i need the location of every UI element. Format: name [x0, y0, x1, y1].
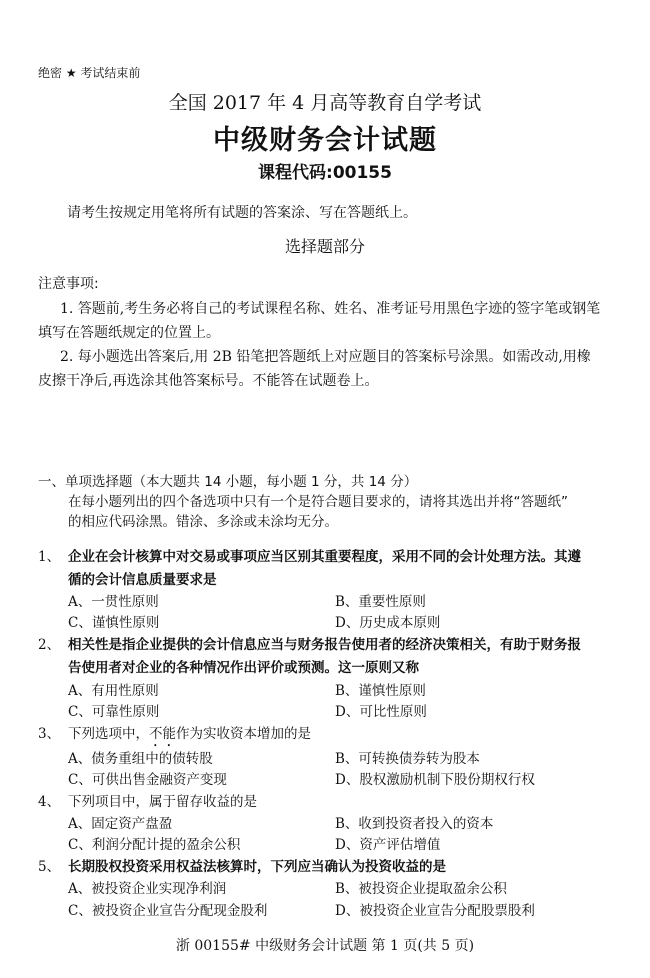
notes-heading: 注意事项:	[38, 273, 99, 293]
question-text: 下列项目中，属于留存收益的是	[68, 790, 257, 810]
option-c: C、可供出售金融资产变现	[68, 768, 227, 788]
page-footer: 浙 00155# 中级财务会计试题 第 1 页(共 5 页)	[0, 935, 650, 955]
option-b: B、可转换债券转为股本	[335, 747, 480, 767]
section-title: 一、单项选择题（本大题共 14 小题，每小题 1 分，共 14 分）	[38, 470, 417, 490]
note-line: 2. 每小题选出答案后,用 2B 铅笔把答题纸上对应题目的答案标号涂黑。如需改动…	[60, 346, 591, 366]
question-number: 4、	[38, 790, 60, 810]
option-c: C、谨慎性原则	[68, 611, 159, 631]
question-text: 相关性是指企业提供的会计信息应当与财务报告使用者的经济决策相关，有助于财务报	[68, 633, 581, 653]
section-desc: 的相应代码涂黑。错涂、多涂或未涂均无分。	[68, 510, 338, 530]
question-text: 长期股权投资采用权益法核算时，下列应当确认为投资收益的是	[68, 855, 446, 875]
option-d: D、被投资企业宣告分配股票股利	[335, 899, 535, 919]
note-line: 填写在答题纸规定的位置上。	[38, 322, 220, 342]
emphasis-text: 不能	[149, 726, 176, 742]
option-c: C、被投资企业宣告分配现金股利	[68, 899, 267, 919]
option-a: A、有用性原则	[68, 679, 159, 699]
option-c: C、可靠性原则	[68, 700, 159, 720]
question-text: 循的会计信息质量要求是	[68, 568, 217, 588]
question-number: 3、	[38, 722, 60, 742]
option-d: D、资产评估增值	[335, 833, 440, 853]
note-line: 皮擦干净后,再选涂其他答案标号。不能答在试题卷上。	[38, 370, 378, 390]
section-desc: 在每小题列出的四个备选项中只有一个是符合题目要求的，请将其选出并将“答题纸”	[68, 490, 568, 510]
instruction: 请考生按规定用笔将所有试题的答案涂、写在答题纸上。	[67, 202, 417, 222]
part-title: 选择题部分	[0, 234, 650, 257]
question-number: 5、	[38, 855, 60, 875]
option-a: A、债务重组中的债转股	[68, 747, 213, 767]
option-a: A、固定资产盘盈	[68, 812, 172, 832]
course-code: 课程代码:00155	[0, 158, 650, 183]
option-a: A、一贯性原则	[68, 590, 159, 610]
question-text: 企业在会计核算中对交易或事项应当区别其重要程度，采用不同的会计处理方法。其遵	[68, 545, 581, 565]
option-b: B、收到投资者投入的资本	[335, 812, 493, 832]
exam-line: 全国 2017 年 4 月高等教育自学考试	[0, 88, 650, 115]
option-b: B、重要性原则	[335, 590, 426, 610]
option-c: C、利润分配计提的盈余公积	[68, 833, 240, 853]
question-text: 告使用者对企业的各种情况作出评价或预测。这一原则又称	[68, 656, 419, 676]
option-d: D、可比性原则	[335, 700, 427, 720]
question-text-post: 作为实收资本增加的是	[176, 726, 311, 742]
option-b: B、被投资企业提取盈余公积	[335, 877, 507, 897]
note-line: 1. 答题前,考生务必将自己的考试课程名称、姓名、准考证号用黑色字迹的签字笔或钢…	[60, 298, 600, 318]
question-text-pre: 下列选项中，	[68, 726, 149, 742]
option-d: D、股权激励机制下股份期权行权	[335, 768, 535, 788]
secret-label: 绝密 ★ 考试结束前	[38, 64, 140, 81]
question-number: 2、	[38, 633, 60, 653]
option-d: D、历史成本原则	[335, 611, 440, 631]
option-b: B、谨慎性原则	[335, 679, 426, 699]
question-number: 1、	[38, 545, 60, 565]
question-text: 下列选项中，不能作为实收资本增加的是	[68, 722, 311, 750]
subject-title: 中级财务会计试题	[0, 118, 650, 157]
option-a: A、被投资企业实现净利润	[68, 877, 226, 897]
